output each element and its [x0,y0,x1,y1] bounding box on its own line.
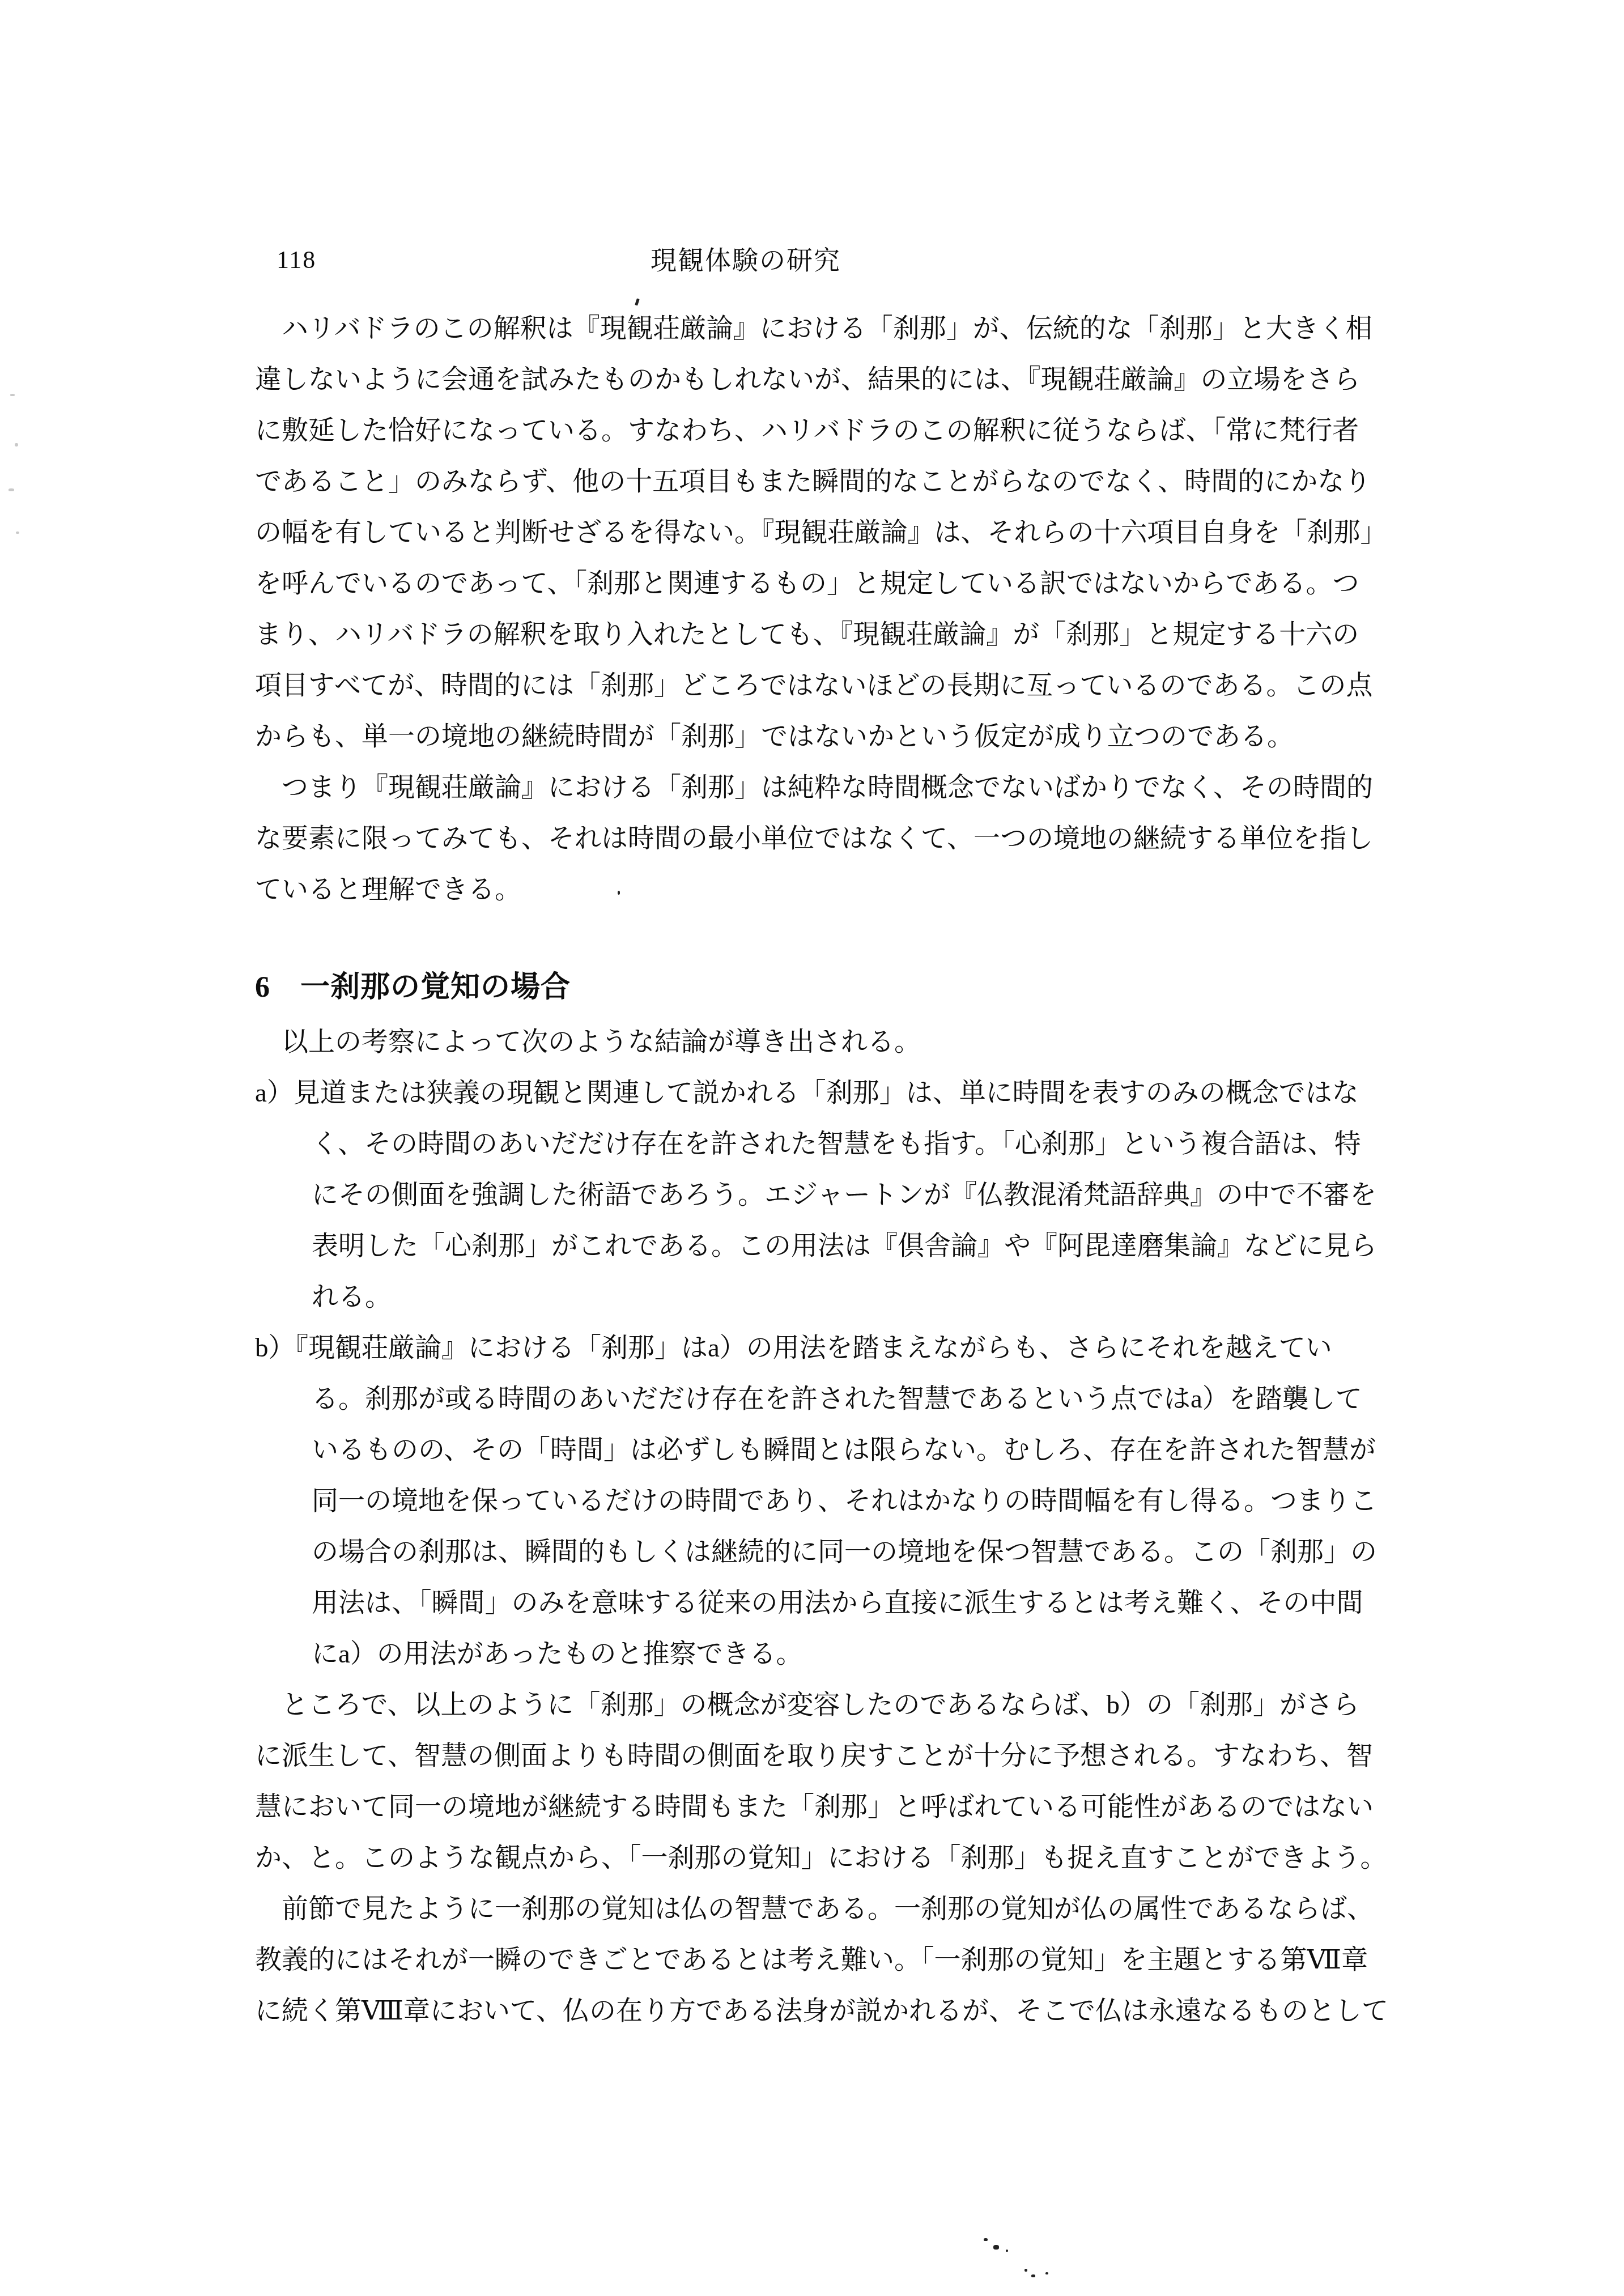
text-line: ハリバドラのこの解釈は『現観荘厳論』における「刹那」が、伝統的な「刹那」と大きく… [255,303,1394,354]
text-line: まり、ハリバドラの解釈を取り入れたとしても、『現観荘厳論』が「刹那」と規定する十… [255,609,1394,660]
item-b: b）『現観荘厳論』における「刹那」はa）の用法を踏まえながらも、さらにそれを越え… [255,1323,1394,1680]
text-line: か、と。このような観点から、「一刹那の覚知」における「刹那」も捉え直すことができ… [255,1832,1394,1883]
text-line: の場合の刹那は、瞬間的もしくは継続的に同一の境地を保つ智慧である。この「刹那」の [255,1527,1394,1578]
text-line: 違しないように会通を試みたものかもしれないが、結果的には、『現観荘厳論』の立場を… [255,354,1394,405]
text-line: にa）の用法があったものと推察できる。 [255,1629,1394,1680]
paragraph-intro: 以上の考察によって次のような結論が導き出される。 [255,1017,1394,1068]
paragraph-1: ハリバドラのこの解釈は『現観荘厳論』における「刹那」が、伝統的な「刹那」と大きく… [255,303,1394,762]
text-line: つまり『現観荘厳論』における「刹那」は純粋な時間概念でないばかりでなく、その時間… [255,762,1394,813]
scan-speck [10,394,15,396]
scan-speck [1006,2250,1008,2252]
text-line: に続く第Ⅷ章において、仏の在り方である法身が説かれるが、そこで仏は永遠なるものと… [255,1985,1394,2036]
scan-speck [15,443,18,447]
scan-speck [8,488,14,491]
text-line: にその側面を強調した術語であろう。エジャートンが『仏教混淆梵語辞典』の中で不審を [255,1170,1394,1221]
text-line: ていると理解できる。 [255,864,1394,915]
text-line: 教義的にはそれが一瞬のできごとであるとは考え難い。「一刹那の覚知」を主題とする第… [255,1934,1394,1985]
scan-speck [1045,2272,1048,2274]
text-line: る。刹那が或る時間のあいだだけ存在を許された智慧であるという点ではa）を踏襲して [255,1374,1394,1425]
item-a: a）見道または狭義の現観と関連して説かれる「刹那」は、単に時間を表すのみの概念で… [255,1068,1394,1323]
text-line: に派生して、智慧の側面よりも時間の側面を取り戻すことが十分に予想される。すなわち… [255,1730,1394,1781]
paragraph-4: 前節で見たように一刹那の覚知は仏の智慧である。一刹那の覚知が仏の属性であるならば… [255,1883,1394,2036]
text-line: に敷延した恰好になっている。すなわち、ハリバドラのこの解釈に従うならば、「常に梵… [255,405,1394,456]
page-number: 118 [277,248,316,273]
running-title: 現観体験の研究 [651,248,841,274]
text-line: であること」のみならず、他の十五項目もまた瞬間的なことがらなのでなく、時間的にか… [255,456,1394,507]
text-line: 以上の考察によって次のような結論が導き出される。 [255,1017,1394,1068]
text-line: b）『現観荘厳論』における「刹那」はa）の用法を踏まえながらも、さらにそれを越え… [255,1323,1394,1374]
text-column: ハリバドラのこの解釈は『現観荘厳論』における「刹那」が、伝統的な「刹那」と大きく… [255,303,1394,2036]
text-line: からも、単一の境地の継続時間が「刹那」ではないかという仮定が成り立つのである。 [255,711,1394,762]
section-heading: 6 一刹那の覚知の場合 [255,958,1394,1017]
scan-speck [618,891,620,895]
text-line: れる。 [255,1272,1394,1323]
text-line: 前節で見たように一刹那の覚知は仏の智慧である。一刹那の覚知が仏の属性であるならば… [255,1883,1394,1934]
text-line: の幅を有していると判断せざるを得ない。『現観荘厳論』は、それらの十六項目自身を「… [255,507,1394,558]
text-line: 用法は、「瞬間」のみを意味する従来の用法から直接に派生するとは考え難く、その中間 [255,1578,1394,1629]
paragraph-2: つまり『現観荘厳論』における「刹那」は純粋な時間概念でないばかりでなく、その時間… [255,762,1394,915]
scan-speck [984,2238,988,2241]
paragraph-3: ところで、以上のように「刹那」の概念が変容したのであるならば、b）の「刹那」がさ… [255,1680,1394,1883]
scan-speck [993,2245,999,2250]
text-line: く、その時間のあいだだけ存在を許された智慧をも指す。「心刹那」という複合語は、特 [255,1119,1394,1170]
text-line: 慧において同一の境地が継続する時間もまた「刹那」と呼ばれている可能性があるのでは… [255,1781,1394,1832]
text-line: 表明した「心刹那」がこれである。この用法は『倶舎論』や『阿毘達磨集論』などに見ら [255,1221,1394,1272]
text-line: を呼んでいるのであって、「刹那と関連するもの」と規定している訳ではないからである… [255,558,1394,609]
text-line: いるものの、その「時間」は必ずしも瞬間とは限らない。むしろ、存在を許された智慧が [255,1425,1394,1476]
text-line: 同一の境地を保っているだけの時間であり、それはかなりの時間幅を有し得る。つまりこ [255,1476,1394,1527]
scanned-document-page: 118 現観体験の研究 ハリバドラのこの解釈は『現観荘厳論』における「刹那」が、… [0,0,1624,2296]
text-line: 項目すべてが、時間的には「刹那」どころではないほどの長期に亙っているのである。こ… [255,660,1394,711]
scan-speck [16,532,19,534]
scan-speck [1024,2269,1027,2272]
text-line: な要素に限ってみても、それは時間の最小単位ではなくて、一つの境地の継続する単位を… [255,813,1394,864]
section-heading-text: 6 一刹那の覚知の場合 [255,958,1394,1017]
text-line: ところで、以上のように「刹那」の概念が変容したのであるならば、b）の「刹那」がさ… [255,1680,1394,1730]
text-line: a）見道または狭義の現観と関連して説かれる「刹那」は、単に時間を表すのみの概念で… [255,1068,1394,1119]
scan-speck [1031,2274,1035,2277]
